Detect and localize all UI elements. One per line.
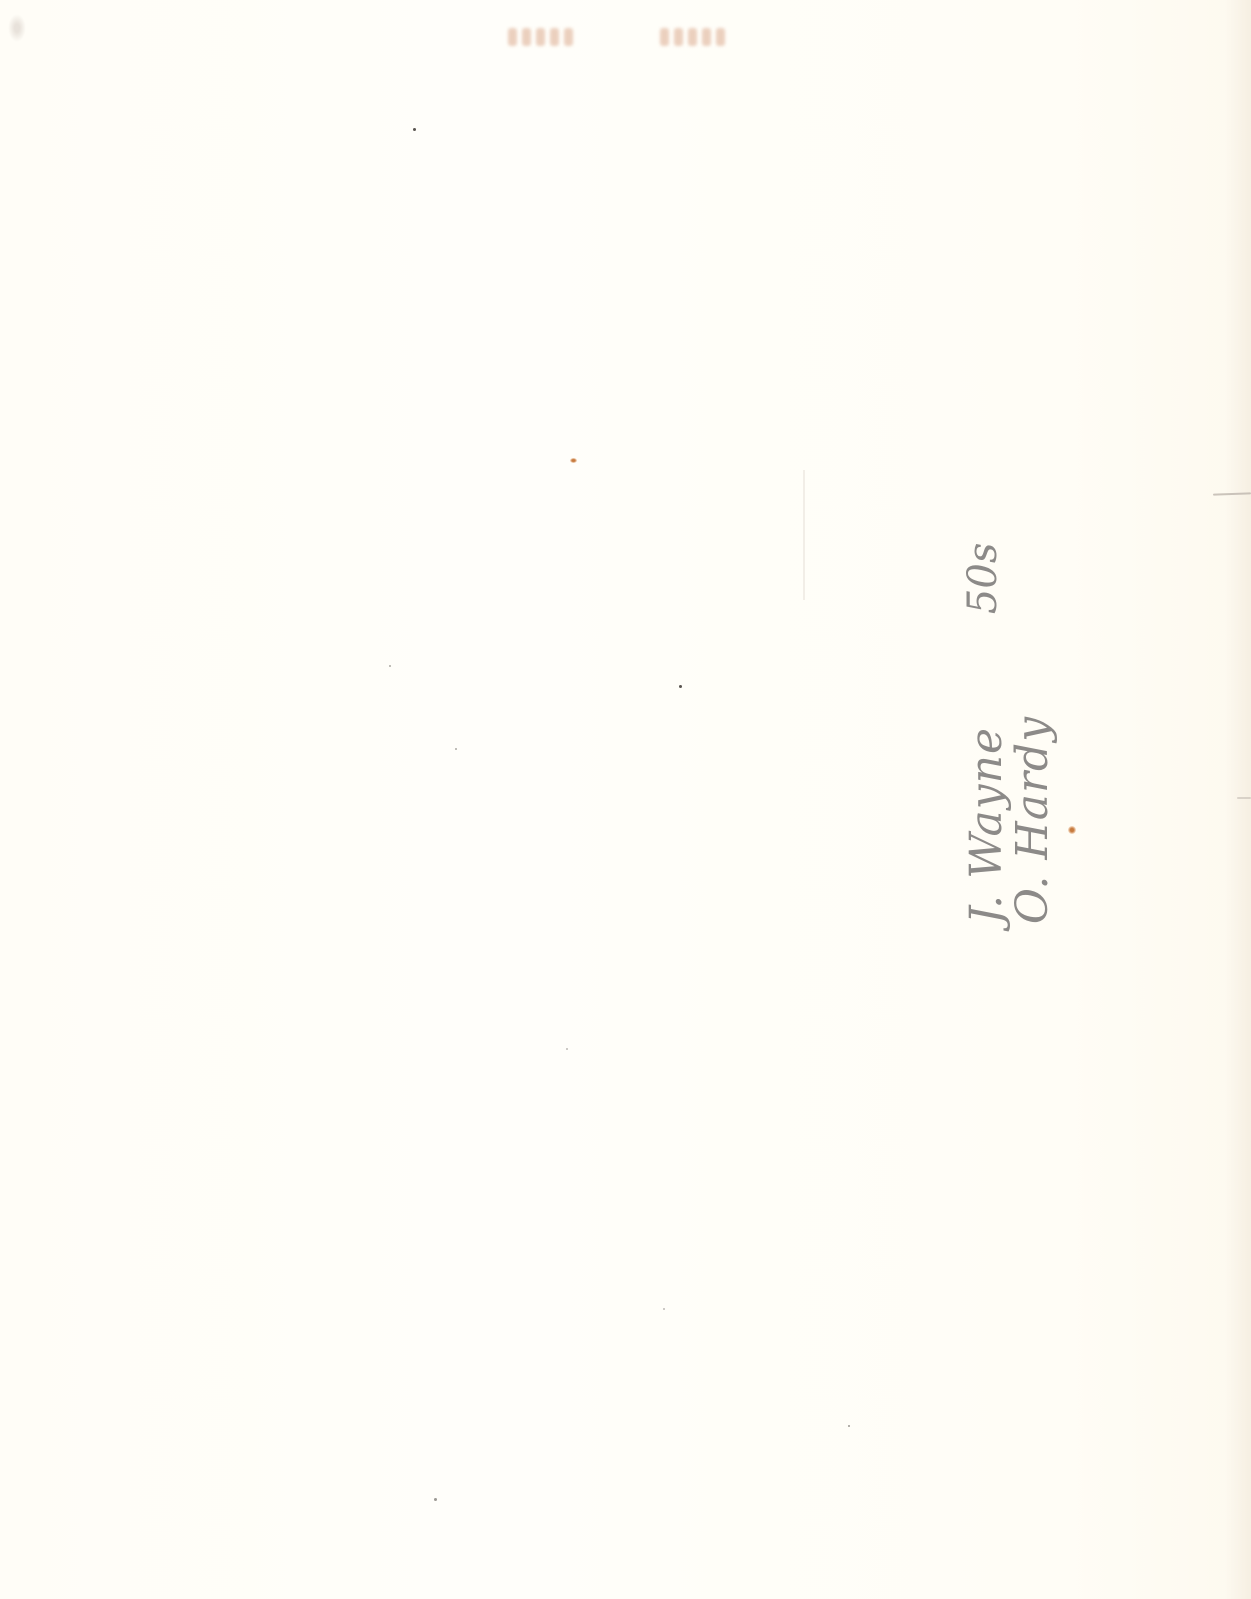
faint-fold-line xyxy=(803,470,805,600)
dust-speck xyxy=(566,1048,568,1050)
dust-speck xyxy=(663,1308,665,1310)
dust-speck xyxy=(413,128,416,131)
paper-edge-shadow xyxy=(1225,0,1251,1599)
handwritten-note: J. Wayne O. Hardy 50s xyxy=(964,716,1056,924)
dust-speck xyxy=(455,748,457,750)
brown-stain xyxy=(570,458,577,463)
photo-back-paper xyxy=(0,0,1251,1599)
note-line-2: O. Hardy xyxy=(1010,716,1056,924)
ink-bleed-through-right xyxy=(660,28,725,46)
dust-speck xyxy=(848,1425,850,1427)
orange-stain xyxy=(1068,826,1076,834)
edge-crease-lower xyxy=(1237,797,1251,799)
dust-speck xyxy=(679,685,682,688)
corner-smudge xyxy=(8,14,26,42)
dust-speck xyxy=(434,1498,437,1501)
ink-bleed-through-left xyxy=(508,28,573,46)
dust-speck xyxy=(389,665,391,667)
note-line-1: J. Wayne xyxy=(964,716,1010,924)
note-decade: 50s xyxy=(962,543,1004,614)
